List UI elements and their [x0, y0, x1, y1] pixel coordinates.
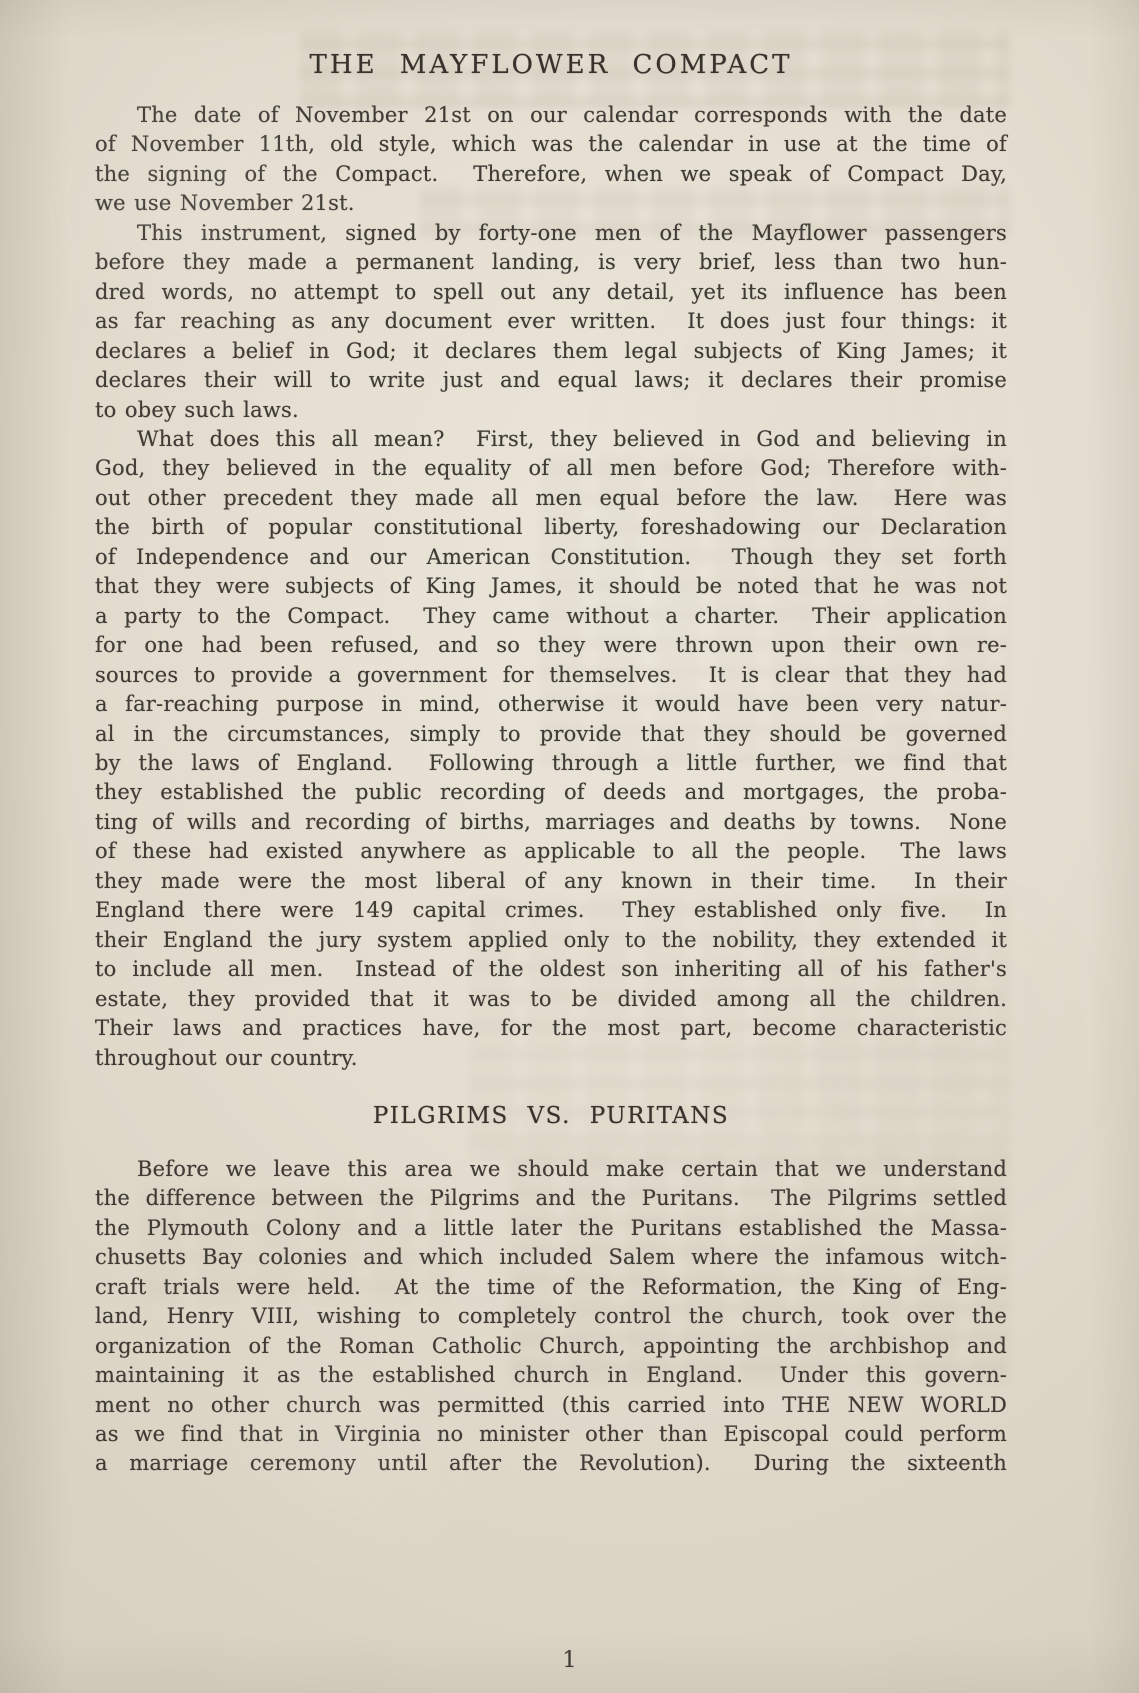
text-line: that they were subjects of King James, i…	[95, 572, 1007, 601]
text-line: their England the jury system applied on…	[95, 926, 1007, 955]
text-line: throughout our country.	[95, 1044, 1007, 1073]
text-line: organization of the Roman Catholic Churc…	[95, 1332, 1007, 1361]
text-line: Before we leave this area we should make…	[95, 1155, 1007, 1184]
text-line: This instrument, signed by forty-one men…	[95, 219, 1007, 248]
text-line: What does this all mean? First, they bel…	[95, 425, 1007, 454]
text-block: THE MAYFLOWER COMPACT The date of Novemb…	[95, 50, 1007, 1479]
text-line: we use November 21st.	[95, 189, 1007, 218]
document-body: The date of November 21st on our calenda…	[95, 101, 1007, 1479]
text-line: a party to the Compact. They came withou…	[95, 602, 1007, 631]
text-line: of November 11th, old style, which was t…	[95, 130, 1007, 159]
section-heading: PILGRIMS VS. PURITANS	[95, 1103, 1007, 1129]
text-line: the Plymouth Colony and a little later t…	[95, 1214, 1007, 1243]
page-number: 1	[0, 1648, 1139, 1673]
text-line: by the laws of England. Following throug…	[95, 749, 1007, 778]
text-line: the birth of popular constitutional libe…	[95, 513, 1007, 542]
text-line: declares a belief in God; it declares th…	[95, 337, 1007, 366]
text-line: estate, they provided that it was to be …	[95, 985, 1007, 1014]
text-line: maintaining it as the established church…	[95, 1361, 1007, 1390]
text-line: land, Henry VIII, wishing to completely …	[95, 1302, 1007, 1331]
text-line: they established the public recording of…	[95, 778, 1007, 807]
text-line: as far reaching as any document ever wri…	[95, 307, 1007, 336]
text-line: ting of wills and recording of births, m…	[95, 808, 1007, 837]
text-line: as we find that in Virginia no minister …	[95, 1420, 1007, 1449]
text-line: a far-reaching purpose in mind, otherwis…	[95, 690, 1007, 719]
paragraph: This instrument, signed by forty-one men…	[95, 219, 1007, 425]
paragraph: What does this all mean? First, they bel…	[95, 425, 1007, 1073]
text-line: of these had existed anywhere as applica…	[95, 837, 1007, 866]
text-line: craft trials were held. At the time of t…	[95, 1273, 1007, 1302]
text-line: they made were the most liberal of any k…	[95, 867, 1007, 896]
text-line: before they made a permanent landing, is…	[95, 248, 1007, 277]
paragraph: The date of November 21st on our calenda…	[95, 101, 1007, 219]
text-line: the difference between the Pilgrims and …	[95, 1184, 1007, 1213]
page-title: THE MAYFLOWER COMPACT	[95, 50, 1007, 80]
text-line: for one had been refused, and so they we…	[95, 631, 1007, 660]
text-line: England there were 149 capital crimes. T…	[95, 896, 1007, 925]
text-line: sources to provide a government for them…	[95, 661, 1007, 690]
text-line: al in the circumstances, simply to provi…	[95, 720, 1007, 749]
text-line: a marriage ceremony until after the Revo…	[95, 1449, 1007, 1478]
text-line: chusetts Bay colonies and which included…	[95, 1243, 1007, 1272]
paragraph: Before we leave this area we should make…	[95, 1155, 1007, 1479]
text-line: declares their will to write just and eq…	[95, 366, 1007, 395]
text-line: God, they believed in the equality of al…	[95, 454, 1007, 483]
text-line: Their laws and practices have, for the m…	[95, 1014, 1007, 1043]
text-line: of Independence and our American Constit…	[95, 543, 1007, 572]
text-line: dred words, no attempt to spell out any …	[95, 278, 1007, 307]
text-line: The date of November 21st on our calenda…	[95, 101, 1007, 130]
document-page: THE MAYFLOWER COMPACT The date of Novemb…	[0, 0, 1139, 1693]
text-line: to obey such laws.	[95, 396, 1007, 425]
text-line: out other precedent they made all men eq…	[95, 484, 1007, 513]
text-line: ment no other church was permitted (this…	[95, 1391, 1007, 1420]
text-line: the signing of the Compact. Therefore, w…	[95, 160, 1007, 189]
text-line: to include all men. Instead of the oldes…	[95, 955, 1007, 984]
